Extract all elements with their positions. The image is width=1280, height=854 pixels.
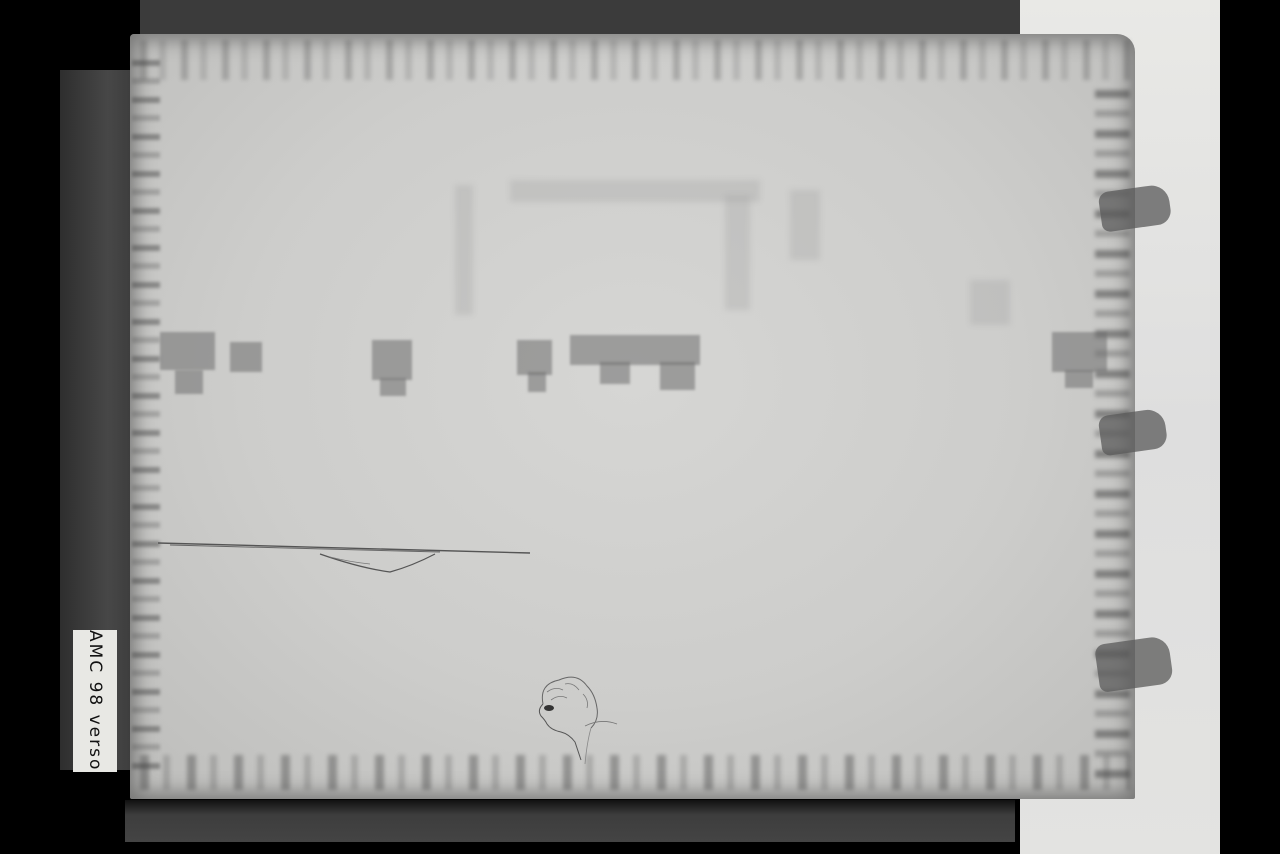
catalog-label-text: AMC 98 verso [85, 630, 105, 771]
ghost-mark [455, 185, 473, 315]
mount-board-bottom [125, 800, 1015, 842]
offset-stain [230, 342, 262, 372]
sheet-edge-wear-top [140, 40, 1130, 80]
offset-stain [380, 378, 406, 396]
offset-stain [660, 362, 695, 390]
sheet-edge-wear-left [132, 60, 160, 780]
ghost-mark [510, 180, 760, 202]
offset-stain [528, 372, 546, 392]
catalog-label: AMC 98 verso [73, 630, 117, 772]
offset-stain [175, 370, 203, 394]
offset-stain [570, 335, 700, 365]
offset-stain [160, 332, 215, 370]
profile-head-sketch [525, 672, 635, 767]
offset-stain [600, 362, 630, 384]
offset-stain [372, 340, 412, 380]
offset-stain [517, 340, 552, 375]
offset-stain [1065, 370, 1093, 388]
sheet-edge-wear-bottom [140, 755, 1130, 790]
offset-stain [1052, 332, 1107, 372]
ghost-mark [790, 190, 820, 260]
ghost-mark [725, 195, 750, 310]
pencil-line-sketch [150, 530, 540, 580]
ghost-mark [970, 280, 1010, 325]
